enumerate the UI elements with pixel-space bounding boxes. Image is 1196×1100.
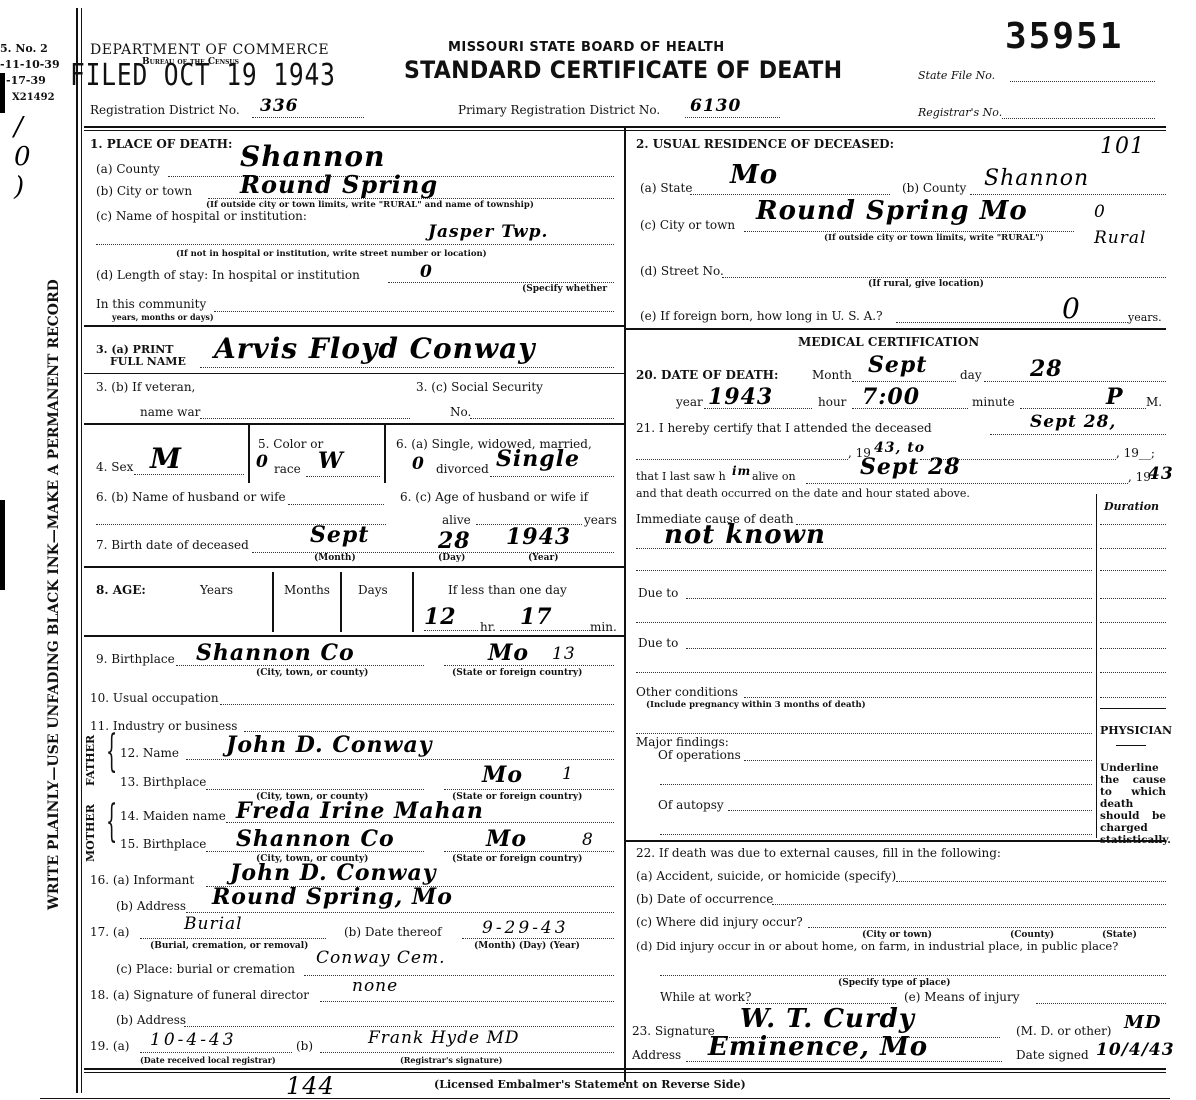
alive-on-label: alive on <box>752 470 796 483</box>
registration-district-label: Registration District No. <box>90 103 240 117</box>
mother-state-caption: (State or foreign country) <box>452 854 582 864</box>
hr-label: hr. <box>480 620 496 634</box>
signature-address-value: Eminence, Mo <box>708 1032 928 1062</box>
md-label: (M. D. or other) <box>1016 1024 1112 1038</box>
county-label: (a) County <box>96 162 160 176</box>
birthplace-state-caption: (State or foreign country) <box>452 668 582 678</box>
age-heading: 8. AGE: <box>96 583 146 597</box>
sex-label: 4. Sex <box>96 460 133 474</box>
less-than-day-label: If less than one day <box>448 583 567 597</box>
burial-date-caption: (Month) (Day) (Year) <box>474 941 580 951</box>
file-number-stamp: 35951 <box>1005 16 1123 57</box>
birthplace-city-caption: (City, town, or county) <box>256 668 368 678</box>
mother-code: 8 <box>582 830 594 850</box>
signature-label: 23. Signature <box>632 1024 715 1038</box>
age-months-label: Months <box>284 583 330 597</box>
spouse-age-label: 6. (c) Age of husband or wife if <box>400 490 588 504</box>
registrar-date-caption: (Date received local registrar) <box>140 1055 276 1065</box>
residence-heading: 2. USUAL RESIDENCE OF DECEASED: <box>636 137 894 151</box>
major-findings-label: Major findings: <box>636 735 729 749</box>
alive-label: alive <box>442 513 471 527</box>
burial-caption: (Burial, cremation, or removal) <box>150 941 308 951</box>
operations-label: Of operations <box>658 748 741 762</box>
informant-address-value: Round Spring, Mo <box>212 884 453 910</box>
residence-city-label: (c) City or town <box>640 218 735 232</box>
residence-code: 101 <box>1100 134 1145 159</box>
form-code-4: X21492 <box>12 92 55 103</box>
year-caption: (Year) <box>528 553 558 563</box>
birth-day-value: 28 <box>438 528 471 554</box>
underline-note: Underline the cause to which death shoul… <box>1100 762 1166 846</box>
registration-district-value: 336 <box>260 96 299 116</box>
last-saw-pronoun: im <box>732 464 751 478</box>
age-years-label: Years <box>200 583 233 597</box>
years-label: years <box>584 513 617 527</box>
father-brace: { <box>106 730 117 774</box>
informant-address-label: (b) Address <box>116 899 186 913</box>
footer-rule <box>84 1068 1166 1070</box>
external-d-label: (d) Did injury occur in or about home, o… <box>636 939 1118 953</box>
registrars-no-label: Registrar's No. <box>918 106 1002 119</box>
margin-black-bar-2 <box>0 500 5 590</box>
city-label: (b) City or town <box>96 184 192 198</box>
county-value: Shannon <box>240 140 385 173</box>
residence-city-code: 0 <box>1094 202 1106 222</box>
veteran-label: 3. (b) If veteran, <box>96 380 195 394</box>
birthplace-state-value: Mo <box>488 640 529 666</box>
race-label: race <box>274 462 301 476</box>
mother-birthplace-label: 15. Birthplace <box>120 837 206 851</box>
father-code: 1 <box>562 764 574 784</box>
street-note: (If rural, give location) <box>868 279 984 289</box>
center-divider <box>624 128 626 1082</box>
external-heading: 22. If death was due to external causes,… <box>636 846 1001 860</box>
margin-black-bar <box>0 73 5 113</box>
last-saw-label: that I last saw h <box>636 470 726 483</box>
informant-value: John D. Conway <box>230 860 437 886</box>
foreign-born-label: (e) If foreign born, how long in U. S. A… <box>640 309 883 323</box>
department-name: DEPARTMENT OF COMMERCE <box>90 42 329 58</box>
certify-value: Sept 28, <box>1030 412 1116 432</box>
burial-date-value: 9-29-43 <box>482 918 569 938</box>
min-label: min. <box>590 620 617 634</box>
month-caption: (Month) <box>314 553 356 563</box>
margin-rule-1 <box>76 8 78 1093</box>
state-file-label: State File No. <box>918 69 995 82</box>
father-birthplace-label: 13. Birthplace <box>120 775 206 789</box>
duration-label: Duration <box>1104 500 1159 513</box>
residence-state-label: (a) State <box>640 181 692 195</box>
birthplace-code: 13 <box>552 644 576 664</box>
burial-label: 17. (a) <box>90 925 129 939</box>
immediate-cause-value: not known <box>664 520 826 550</box>
father-birthplace-state: Mo <box>482 762 523 788</box>
race-code: 0 <box>256 452 269 472</box>
registrar-sig-caption: (Registrar's signature) <box>400 1055 502 1065</box>
community-label: In this community <box>96 297 206 311</box>
stay-note: (Specify whether <box>522 284 607 294</box>
age-minutes-value: 17 <box>520 604 553 630</box>
mother-maiden-label: 14. Maiden name <box>120 809 226 823</box>
ss-no-label: No. <box>450 405 471 419</box>
page-title: STANDARD CERTIFICATE OF DEATH <box>404 56 842 84</box>
death-year-value: 1943 <box>708 384 773 410</box>
burial-place-value: Conway Cem. <box>316 948 445 968</box>
primary-district-value: 6130 <box>690 96 741 116</box>
residence-city-note: (If outside city or town limits, write "… <box>824 233 1044 243</box>
residence-rural-value: Rural <box>1094 228 1146 248</box>
death-hour-value: 7:00 <box>862 384 920 410</box>
death-hour-label: hour <box>818 395 846 409</box>
vertical-ink-notice: WRITE PLAINLY—USE UNFADING BLACK INK—MAK… <box>46 279 62 910</box>
certify-label: 21. I hereby certify that I attended the… <box>636 421 932 435</box>
divorced-label: divorced <box>436 462 489 476</box>
community-note: years, months or days) <box>112 312 214 322</box>
md-value: MD <box>1124 1012 1162 1033</box>
hospital-value: Jasper Twp. <box>428 222 548 242</box>
marital-code: 0 <box>412 454 425 474</box>
external-b-label: (b) Date of occurrence <box>636 892 773 906</box>
street-label: (d) Street No. <box>640 264 724 278</box>
primary-district-label: Primary Registration District No. <box>458 103 660 117</box>
race-value: W <box>318 448 344 474</box>
birth-year-value: 1943 <box>506 524 571 550</box>
date-signed-value: 10/4/43 <box>1096 1040 1175 1060</box>
due-to-1-label: Due to <box>638 586 678 600</box>
mother-birthplace-state: Mo <box>486 826 527 852</box>
color-label: 5. Color or <box>258 437 323 451</box>
age-days-label: Days <box>358 583 388 597</box>
embalmer-note: (Licensed Embalmer's Statement on Revers… <box>434 1078 746 1091</box>
form-code-2: -11-10-39 <box>0 58 60 71</box>
burial-place-label: (c) Place: burial or cremation <box>116 962 295 976</box>
war-label: name war <box>140 405 200 419</box>
hospital-label: (c) Name of hospital or institution: <box>96 209 307 223</box>
form-code-1: 5. No. 2 <box>0 42 48 55</box>
other-conditions-label: Other conditions <box>636 685 738 699</box>
mother-side-label: MOTHER <box>84 804 97 862</box>
foreign-born-unit: years. <box>1128 311 1162 324</box>
father-name-label: 12. Name <box>120 746 179 760</box>
father-side-label: FATHER <box>84 735 97 786</box>
death-day-label: day <box>960 368 982 382</box>
name-label-b: FULL NAME <box>110 355 186 368</box>
place-of-death-heading: 1. PLACE OF DEATH: <box>90 137 232 151</box>
funeral-director-label: 18. (a) Signature of funeral director <box>90 988 309 1002</box>
occupation-label: 10. Usual occupation <box>90 691 219 705</box>
director-address-label: (b) Address <box>116 1013 186 1027</box>
burial-date-label: (b) Date thereof <box>344 925 442 939</box>
full-name-value: Arvis Floyd Conway <box>214 332 536 365</box>
registrar-label: 19. (a) <box>90 1039 129 1053</box>
margin-handwritten-mark: /0) <box>14 112 32 202</box>
foreign-born-value: 0 <box>1062 292 1081 325</box>
day-caption: (Day) <box>438 553 465 563</box>
stay-label: (d) Length of stay: In hospital or insti… <box>96 268 360 282</box>
stated-above-label: and that death occurred on the date and … <box>636 487 970 500</box>
filed-stamp: FILED OCT 19 1943 <box>70 58 336 93</box>
residence-county-label: (b) County <box>902 181 966 195</box>
burial-value: Burial <box>184 914 243 934</box>
m-label: M. <box>1146 395 1162 409</box>
last-saw-value: Sept 28 <box>860 454 961 480</box>
last-saw-year: 43 <box>1148 464 1174 484</box>
while-at-work-label: While at work? <box>660 990 751 1004</box>
death-month-label: Month <box>812 368 852 382</box>
form-code-3: -17-39 <box>6 74 46 87</box>
certify-trailing: , 19__; <box>1116 446 1155 460</box>
birth-date-label: 7. Birth date of deceased <box>96 538 249 552</box>
physician-label: PHYSICIAN <box>1100 724 1172 737</box>
birthplace-city-value: Shannon Co <box>196 640 355 666</box>
stay-value: 0 <box>420 262 433 282</box>
death-minute-label: minute <box>972 395 1015 409</box>
residence-city-value: Round Spring Mo <box>756 196 1028 226</box>
other-conditions-note: (Include pregnancy within 3 months of de… <box>646 700 866 710</box>
residence-county-value: Shannon <box>984 166 1089 191</box>
medical-heading: MEDICAL CERTIFICATION <box>798 335 979 349</box>
sex-value: M <box>150 442 182 475</box>
residence-state-value: Mo <box>730 160 778 190</box>
external-a-label: (a) Accident, suicide, or homicide (spec… <box>636 869 896 883</box>
birthplace-label: 9. Birthplace <box>96 652 175 666</box>
death-month-value: Sept <box>868 352 927 378</box>
external-c-label: (c) Where did injury occur? <box>636 915 803 929</box>
means-of-injury-label: (e) Means of injury <box>904 990 1020 1004</box>
social-security-label: 3. (c) Social Security <box>416 380 543 394</box>
marital-value: Single <box>496 446 580 472</box>
footer-number: 144 <box>286 1072 335 1100</box>
mother-maiden-value: Freda Irine Mahan <box>236 798 484 824</box>
funeral-director-value: none <box>352 976 398 996</box>
signature-value: W. T. Curdy <box>740 1004 915 1034</box>
age-hours-value: 12 <box>424 604 457 630</box>
birth-month-value: Sept <box>310 522 369 548</box>
father-name-value: John D. Conway <box>226 732 433 758</box>
registrar-date-value: 10-4-43 <box>150 1030 237 1050</box>
informant-label: 16. (a) Informant <box>90 873 194 887</box>
board-name: MISSOURI STATE BOARD OF HEALTH <box>448 40 725 55</box>
hospital-note: (If not in hospital or institution, writ… <box>176 249 487 259</box>
death-date-label: 20. DATE OF DEATH: <box>636 368 778 382</box>
date-signed-label: Date signed <box>1016 1048 1089 1062</box>
signature-address-label: Address <box>632 1048 681 1062</box>
registrar-signature-value: Frank Hyde MD <box>368 1028 520 1048</box>
spouse-label: 6. (b) Name of husband or wife <box>96 490 286 504</box>
registrar-sig-label: (b) <box>296 1039 313 1053</box>
city-value: Round Spring <box>240 170 438 199</box>
death-year-label: year <box>676 395 703 409</box>
autopsy-label: Of autopsy <box>658 798 724 812</box>
mother-brace: { <box>106 800 117 844</box>
due-to-2-label: Due to <box>638 636 678 650</box>
external-d-caption: (Specify type of place) <box>838 978 950 988</box>
death-ampm-value: P <box>1106 384 1124 410</box>
mother-birthplace-city: Shannon Co <box>236 826 395 852</box>
death-day-value: 28 <box>1030 356 1063 382</box>
margin-rule-2 <box>81 8 82 1093</box>
